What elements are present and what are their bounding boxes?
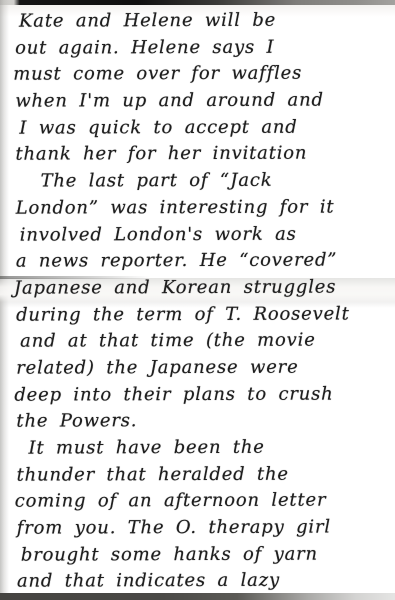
letter-line: when I'm up and around and xyxy=(15,87,386,115)
letter-line: I was quick to accept and xyxy=(15,114,386,142)
letter-line: the Powers. xyxy=(16,408,387,436)
letter-text: Kate and Helene will beout again. Helene… xyxy=(0,7,395,596)
letter-line: thunder that heralded the xyxy=(17,461,388,489)
scan-artifact-top-edge xyxy=(0,0,395,5)
letter-line: London” was interesting for it xyxy=(16,194,387,222)
letter-line: during the term of T. Roosevelt xyxy=(16,301,387,329)
letter-line: Kate and Helene will be xyxy=(15,7,386,35)
letter-line: a news reporter. He “covered” xyxy=(16,248,387,276)
letter-line: must come over for waffles xyxy=(13,61,386,89)
letter-line: and at that time (the movie xyxy=(16,328,387,356)
letter-line: It must have been the xyxy=(16,434,387,462)
letter-line: Japanese and Korean struggles xyxy=(14,274,387,302)
letter-line: thank her for her invitation xyxy=(15,141,386,169)
letter-line: involved London's work as xyxy=(16,221,387,249)
letter-line: from you. The O. therapy girl xyxy=(17,514,388,542)
letter-line: out again. Helene says I xyxy=(15,34,386,62)
letter-line: related) the Japanese were xyxy=(16,354,387,382)
letter-line: The last part of “Jack xyxy=(14,167,387,195)
letter-line: deep into their plans to crush xyxy=(14,381,387,409)
letter-line: and that indicates a lazy xyxy=(17,568,388,596)
letter-line: brought some hanks of yarn xyxy=(17,541,388,569)
letter-line: coming of an afternoon letter xyxy=(15,488,388,516)
letter-page: Kate and Helene will beout again. Helene… xyxy=(0,0,395,600)
